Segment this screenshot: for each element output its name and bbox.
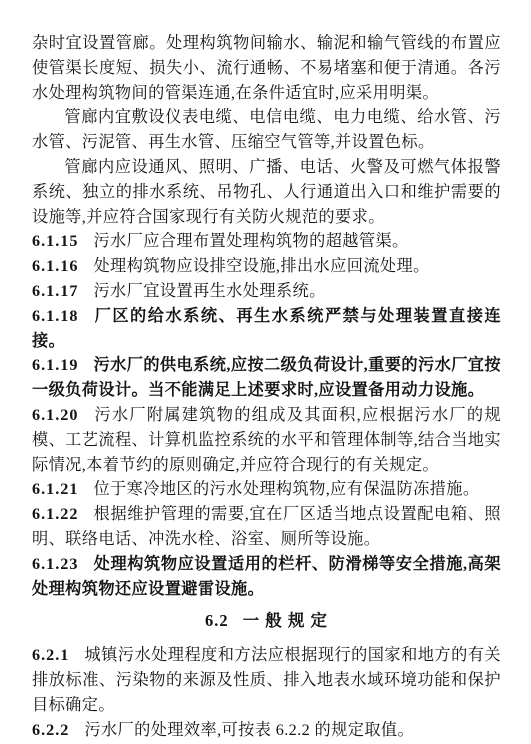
clause-6-1-17: 6.1.17污水厂宜设置再生水处理系统。 [32,279,501,304]
paragraph-pipe-gallery-cables: 管廊内宜敷设仪表电缆、电信电缆、电力电缆、给水管、污水管、污泥管、再生水管、压缩… [32,105,501,155]
clause-6-1-21: 6.1.21位于寒冷地区的污水处理构筑物,应有保温防冻措施。 [32,477,501,502]
clause-number: 6.1.22 [32,505,78,523]
clause-number: 6.2.2 [32,721,69,739]
clause-6-2-2: 6.2.2污水厂的处理效率,可按表 6.2.2 的规定取值。 [32,718,501,743]
clause-number: 6.1.19 [32,356,78,374]
clause-text: 污水厂的供电系统,应按二级负荷设计,重要的污水厂宜按一级负荷设计。当不能满足上述… [32,356,501,399]
clause-text: 污水厂宜设置再生水处理系统。 [93,282,325,300]
paragraph-continuation: 杂时宜设置管廊。处理构筑物间输水、输泥和输气管线的布置应使管渠长度短、损失小、流… [32,31,501,105]
clause-6-1-16: 6.1.16处理构筑物应设排空设施,排出水应回流处理。 [32,254,501,279]
clause-number: 6.2.1 [32,646,69,664]
clause-6-1-20: 6.1.20污水厂附属建筑物的组成及其面积,应根据污水厂的规模、工艺流程、计算机… [32,403,501,477]
clause-text: 处理构筑物应设排空设施,排出水应回流处理。 [93,257,429,275]
clause-6-1-19: 6.1.19污水厂的供电系统,应按二级负荷设计,重要的污水厂宜按一级负荷设计。当… [32,353,501,403]
clause-number: 6.1.16 [32,257,78,275]
clause-6-1-18: 6.1.18厂区的给水系统、再生水系统严禁与处理装置直接连接。 [32,304,501,354]
clause-text: 污水厂的处理效率,可按表 6.2.2 的规定取值。 [84,721,414,739]
section-heading: 6.2一 般 规 定 [32,609,501,634]
clause-text: 位于寒冷地区的污水处理构筑物,应有保温防冻措施。 [93,480,479,498]
clause-6-1-23: 6.1.23处理构筑物应设置适用的栏杆、防滑梯等安全措施,高架处理构筑物还应设置… [32,552,501,602]
clause-6-1-22: 6.1.22根据维护管理的需要,宜在厂区适当地点设置配电箱、照明、联络电话、冲洗… [32,502,501,552]
clause-text: 处理构筑物应设置适用的栏杆、防滑梯等安全措施,高架处理构筑物还应设置避雷设施。 [32,555,501,598]
clause-number: 6.1.18 [32,307,78,325]
clause-number: 6.1.17 [32,282,78,300]
document-page: 杂时宜设置管廊。处理构筑物间输水、输泥和输气管线的布置应使管渠长度短、损失小、流… [0,0,531,744]
clause-6-2-1: 6.2.1城镇污水处理程度和方法应根据现行的国家和地方的有关排放标准、污染物的来… [32,643,501,717]
clause-text: 污水厂附属建筑物的组成及其面积,应根据污水厂的规模、工艺流程、计算机监控系统的水… [32,406,501,474]
paragraph-pipe-gallery-facilities: 管廊内应设通风、照明、广播、电话、火警及可燃气体报警系统、独立的排水系统、吊物孔… [32,155,501,229]
section-number: 6.2 [205,611,229,630]
clause-6-1-15: 6.1.15污水厂应合理布置处理构筑物的超越管渠。 [32,229,501,254]
section-title: 一 般 规 定 [243,611,328,630]
clause-number: 6.1.20 [32,406,78,424]
clause-number: 6.1.21 [32,480,78,498]
clause-text: 城镇污水处理程度和方法应根据现行的国家和地方的有关排放标准、污染物的来源及性质、… [32,646,501,714]
clause-text: 污水厂应合理布置处理构筑物的超越管渠。 [93,232,408,250]
clause-text: 根据维护管理的需要,宜在厂区适当地点设置配电箱、照明、联络电话、冲洗水栓、浴室、… [32,505,501,548]
clause-number: 6.1.23 [32,555,78,573]
clause-text: 厂区的给水系统、再生水系统严禁与处理装置直接连接。 [32,307,501,350]
clause-number: 6.1.15 [32,232,78,250]
